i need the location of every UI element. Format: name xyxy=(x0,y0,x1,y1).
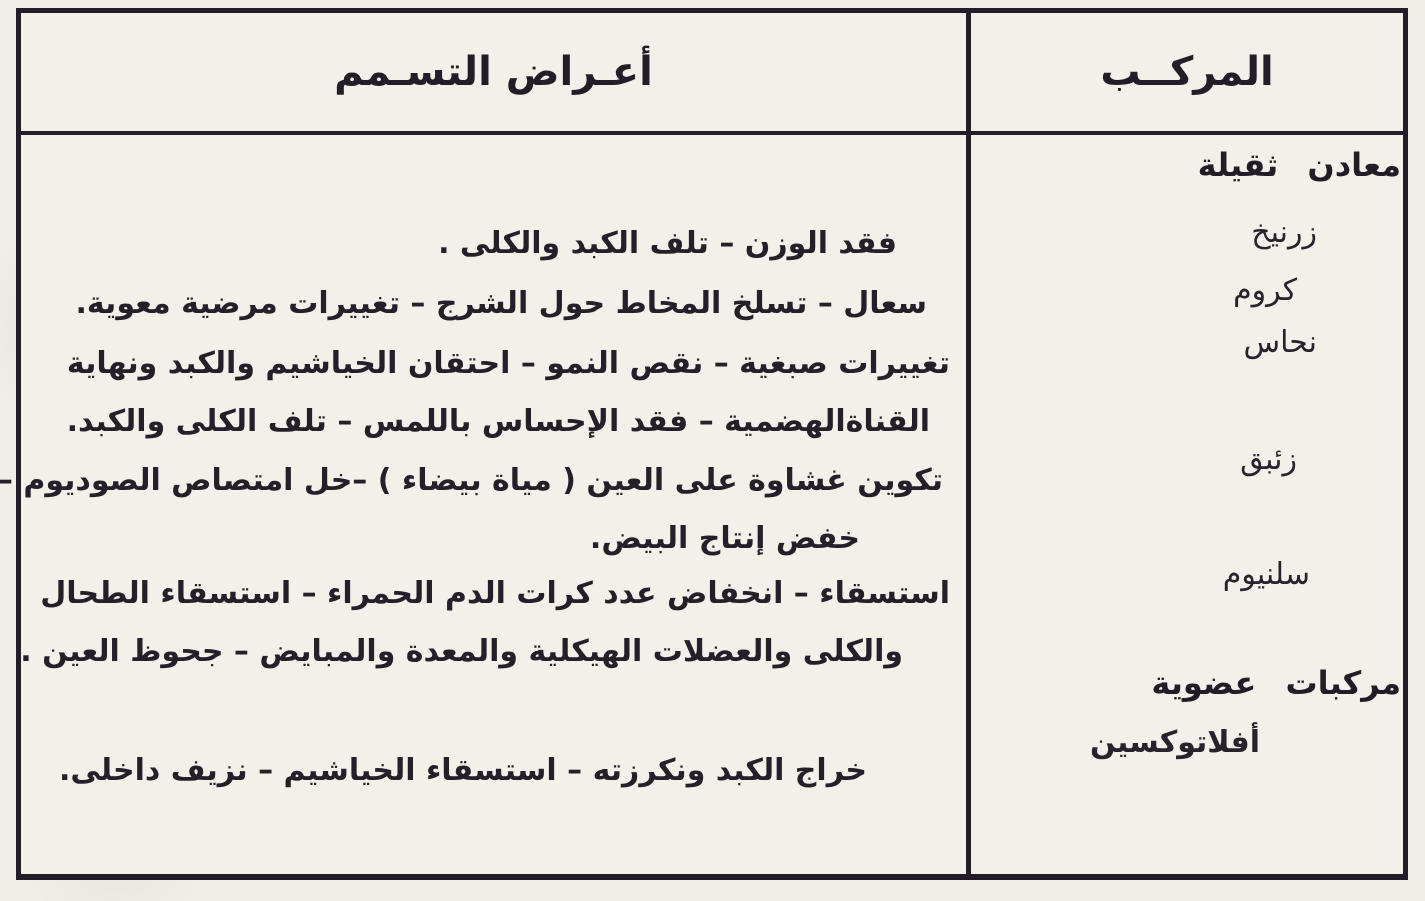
symptom-line: فقد الوزن – تلف الكبد والكلى . xyxy=(41,215,897,273)
symptom-line: خفض إنتاج البيض. xyxy=(41,510,860,568)
compound-label-selenium: سلنيوم xyxy=(1223,553,1310,597)
symptom-text-mercury: تكوين غشاوة على العين ( مياة بيضاء ) –خل… xyxy=(41,452,950,568)
symptoms-column-header: أعـراض التسـمم xyxy=(21,13,966,131)
symptom-text-selenium: استسقاء – انخفاض عدد كرات الدم الحمراء –… xyxy=(41,565,950,681)
compound-column-header: المركــب xyxy=(971,13,1403,131)
compound-column-body: معادن ثقيلة زرنيخ كروم نحاس زئبق سلنيوم … xyxy=(971,135,1403,874)
symptom-line: استسقاء – انخفاض عدد كرات الدم الحمراء –… xyxy=(41,565,950,623)
symptom-line: تكوين غشاوة على العين ( مياة بيضاء ) –خل… xyxy=(41,452,943,510)
symptom-text-copper: تغييرات صبغية – نقص النمو – احتقان الخيا… xyxy=(41,335,950,451)
symptom-text-arsenic: فقد الوزن – تلف الكبد والكلى . xyxy=(41,215,950,273)
compound-label-heavy-metals-section: معادن ثقيلة xyxy=(1198,143,1401,187)
symptom-line: والكلى والعضلات الهيكلية والمعدة والمباي… xyxy=(41,623,903,681)
compound-label-aflatoxin: أفلاتوكسين xyxy=(1090,721,1260,765)
symptom-line: القناةالهضمية – فقد الإحساس باللمس – تلف… xyxy=(41,393,930,451)
compound-label-organic-compounds-section: مركبات عضوية xyxy=(1151,661,1401,705)
scanned-document-page: المركــب أعـراض التسـمم معادن ثقيلة زرني… xyxy=(0,0,1425,901)
compound-label-copper: نحاس xyxy=(1244,321,1317,365)
compound-label-arsenic: زرنيخ xyxy=(1251,211,1317,255)
symptom-line: سعال – تسلخ المخاط حول الشرج – تغييرات م… xyxy=(41,275,927,333)
compound-label-mercury: زئبق xyxy=(1240,438,1297,482)
symptom-line: تغييرات صبغية – نقص النمو – احتقان الخيا… xyxy=(41,335,950,393)
compound-column-header-label: المركــب xyxy=(1100,49,1273,95)
symptom-text-aflatoxin: خراج الكبد ونكرزته – استسقاء الخياشيم – … xyxy=(41,742,950,800)
symptoms-column-body: فقد الوزن – تلف الكبد والكلى . سعال – تس… xyxy=(21,135,966,874)
symptom-line: خراج الكبد ونكرزته – استسقاء الخياشيم – … xyxy=(41,742,867,800)
symptoms-column-header-label: أعـراض التسـمم xyxy=(334,49,653,95)
poisoning-symptoms-table: المركــب أعـراض التسـمم معادن ثقيلة زرني… xyxy=(16,8,1408,880)
compound-label-chromium: كروم xyxy=(1233,269,1297,313)
symptom-text-chromium: سعال – تسلخ المخاط حول الشرج – تغييرات م… xyxy=(41,275,950,333)
